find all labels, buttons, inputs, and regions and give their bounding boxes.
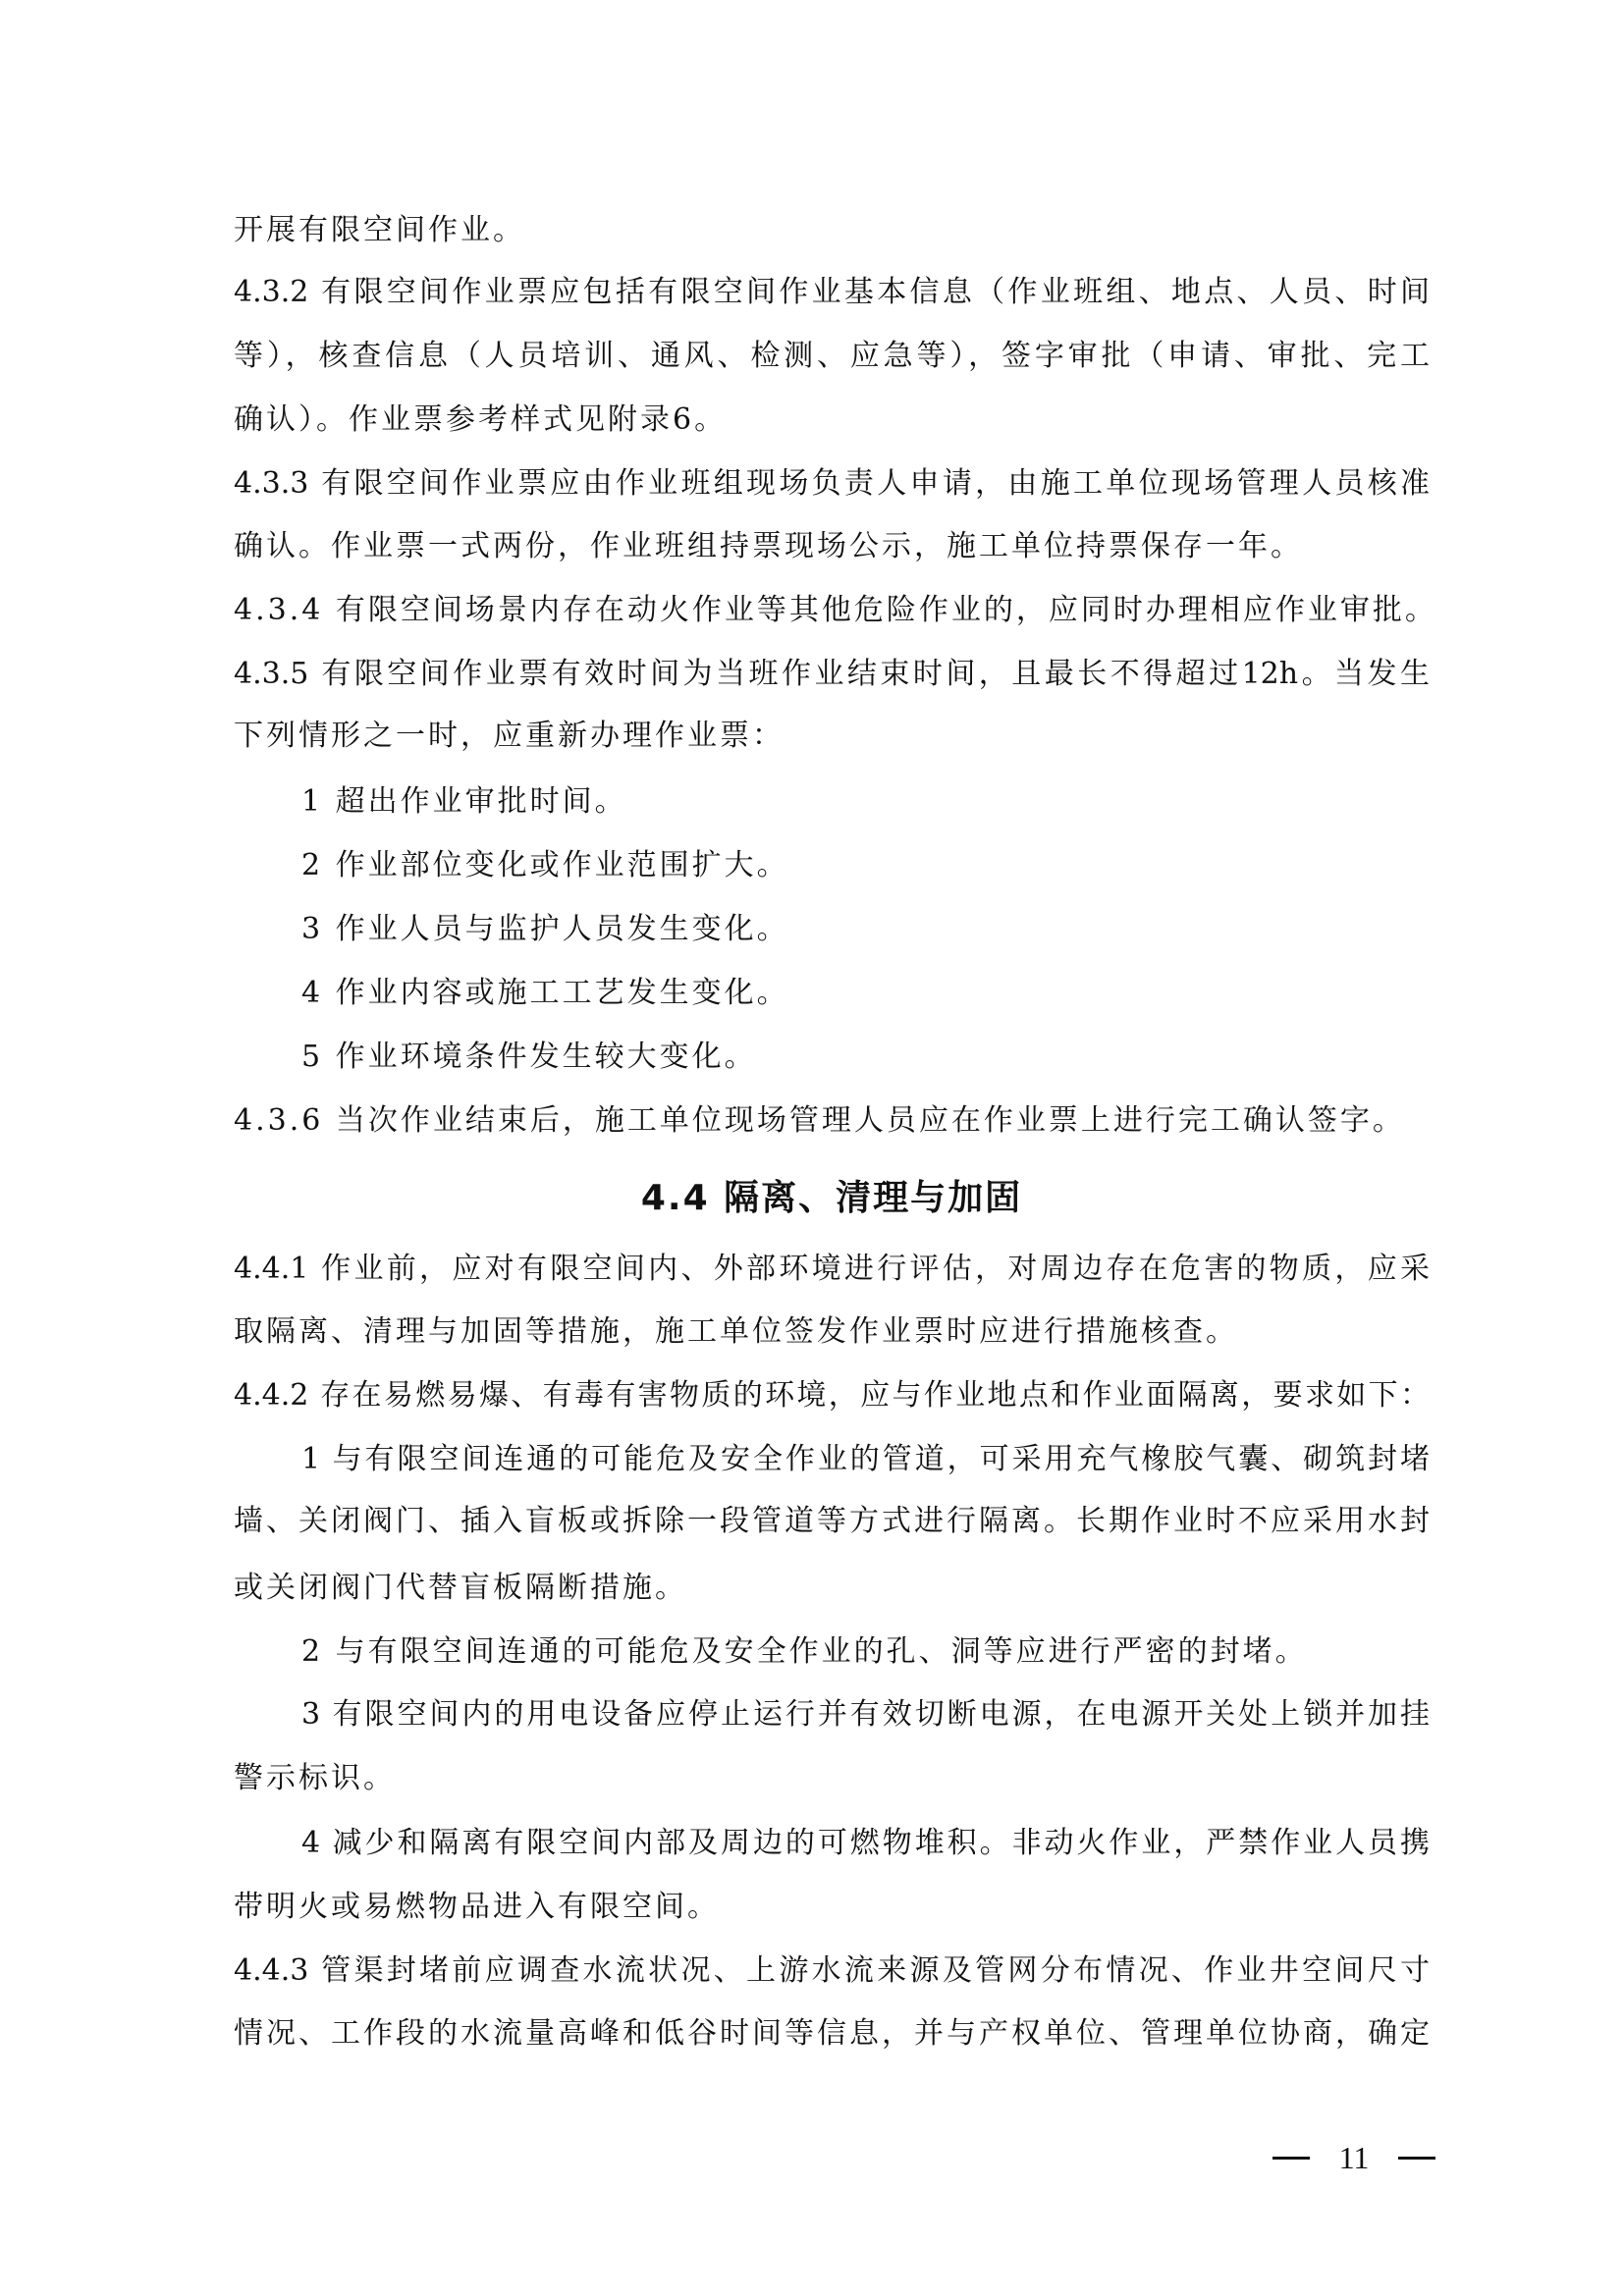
clause-4-4-3-line: 4.4.3 管渠封堵前应调查水流状况、上游水流来源及管网分布情况、作业井空间尺寸 bbox=[234, 1951, 1430, 1991]
section-heading: 4.4 隔离、清理与加固 bbox=[234, 1174, 1430, 1223]
paragraph-line: 警示标识。 bbox=[234, 1759, 1430, 1798]
paragraph-line: 确认。作业票一式两份，作业班组持票现场公示，施工单位持票保存一年。 bbox=[234, 527, 1430, 566]
paragraph-line: 情况、工作段的水流量高峰和低谷时间等信息，并与产权单位、管理单位协商，确定 bbox=[234, 2014, 1430, 2054]
paragraph-line: 开展有限空间作业。 bbox=[234, 211, 1430, 250]
list-item: 2 与有限空间连通的可能危及安全作业的孔、洞等应进行严密的封堵。 bbox=[301, 1632, 1430, 1672]
paragraph-line: 等），核查信息（人员培训、通风、检测、应急等），签字审批（申请、审批、完工 bbox=[234, 337, 1430, 376]
clause-4-3-6-line: 4.3.6 当次作业结束后，施工单位现场管理人员应在作业票上进行完工确认签字。 bbox=[234, 1101, 1430, 1141]
paragraph-line: 带明火或易燃物品进入有限空间。 bbox=[234, 1888, 1430, 1927]
document-page: 开展有限空间作业。 4.3.2 有限空间作业票应包括有限空间作业基本信息（作业班… bbox=[0, 0, 1624, 2296]
page-number-value: 11 bbox=[1339, 2138, 1370, 2177]
list-item: 4 减少和隔离有限空间内部及周边的可燃物堆积。非动火作业，严禁作业人员携 bbox=[301, 1824, 1430, 1863]
list-item: 1 超出作业审批时间。 bbox=[301, 782, 1430, 822]
clause-4-4-2-line: 4.4.2 存在易燃易爆、有毒有害物质的环境，应与作业地点和作业面隔离，要求如下… bbox=[234, 1376, 1430, 1415]
page-number: 11 bbox=[1272, 2138, 1435, 2177]
list-item: 4 作业内容或施工工艺发生变化。 bbox=[301, 974, 1430, 1013]
list-item: 1 与有限空间连通的可能危及安全作业的管道，可采用充气橡胶气囊、砌筑封堵 bbox=[301, 1440, 1430, 1479]
list-item: 3 有限空间内的用电设备应停止运行并有效切断电源，在电源开关处上锁并加挂 bbox=[301, 1695, 1430, 1735]
list-item: 2 作业部位变化或作业范围扩大。 bbox=[301, 846, 1430, 885]
clause-4-4-1-line: 4.4.1 作业前，应对有限空间内、外部环境进行评估，对周边存在危害的物质，应采 bbox=[234, 1250, 1430, 1289]
clause-4-3-3-line: 4.3.3 有限空间作业票应由作业班组现场负责人申请，由施工单位现场管理人员核准 bbox=[234, 464, 1430, 504]
dash-right-icon bbox=[1398, 2157, 1435, 2160]
paragraph-line: 下列情形之一时，应重新办理作业票： bbox=[234, 717, 1430, 756]
paragraph-line: 取隔离、清理与加固等措施，施工单位签发作业票时应进行措施核查。 bbox=[234, 1312, 1430, 1352]
dash-left-icon bbox=[1272, 2157, 1310, 2160]
paragraph-line: 确认）。作业票参考样式见附录6。 bbox=[234, 400, 1430, 440]
list-item: 5 作业环境条件发生较大变化。 bbox=[301, 1038, 1430, 1077]
list-item: 3 作业人员与监护人员发生变化。 bbox=[301, 910, 1430, 949]
clause-4-3-5-line: 4.3.5 有限空间作业票有效时间为当班作业结束时间，且最长不得超过12h。当发… bbox=[234, 655, 1430, 694]
clause-4-3-2-line: 4.3.2 有限空间作业票应包括有限空间作业基本信息（作业班组、地点、人员、时间 bbox=[234, 273, 1430, 312]
paragraph-line: 墙、关闭阀门、插入盲板或拆除一段管道等方式进行隔离。长期作业时不应采用水封 bbox=[234, 1502, 1430, 1541]
clause-4-3-4-line: 4.3.4 有限空间场景内存在动火作业等其他危险作业的，应同时办理相应作业审批。 bbox=[234, 591, 1430, 630]
paragraph-line: 或关闭阀门代替盲板隔断措施。 bbox=[234, 1569, 1430, 1608]
